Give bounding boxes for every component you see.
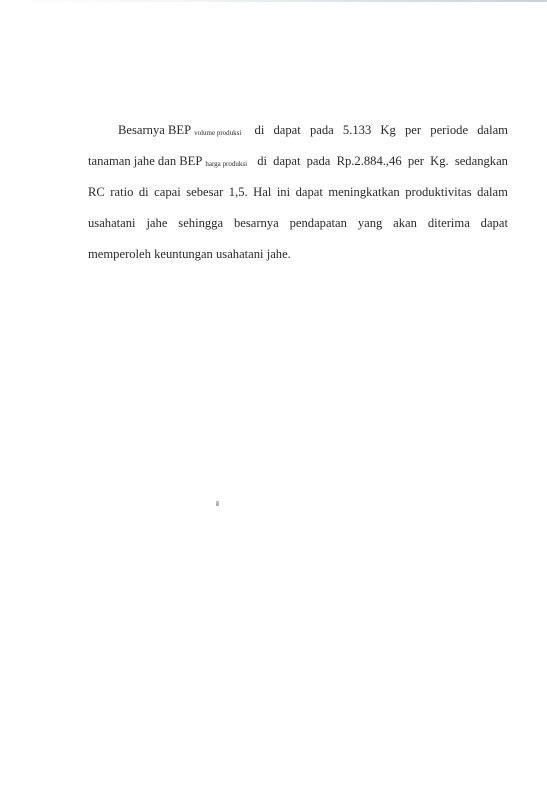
subscript-volume-produksi: volume produksi [194,129,241,137]
word: meningkatkan [328,177,399,208]
word: ini [277,177,290,208]
word: dapat [481,208,508,239]
word: di [257,146,267,177]
document-page: Besarnya BEPvolume produksi di dapat pad… [0,0,547,802]
word: akan [393,208,417,239]
word: 1,5. [229,177,248,208]
word: diterima [428,208,470,239]
scan-speck [216,501,219,506]
paragraph-line-3: RC ratio di capai sebesar 1,5. Hal ini d… [88,177,508,208]
word: dapat [273,146,300,177]
word: Rp.2.884.,46 [337,146,402,177]
word: pendapatan [290,208,347,239]
word: pada [307,146,331,177]
word: per [408,146,424,177]
word: dalam [477,177,508,208]
word: capai [154,177,181,208]
summary-paragraph: Besarnya BEPvolume produksi di dapat pad… [88,115,508,270]
line2-start: tanaman jahe dan BEPharga produksi [88,146,251,177]
word: produktivitas [405,177,471,208]
paragraph-line-2: tanaman jahe dan BEPharga produksi di da… [88,146,508,177]
word: RC [88,177,105,208]
word: Kg. [430,146,449,177]
word: dapat [296,177,323,208]
line1-start: Besarnya BEPvolume produksi [118,115,245,146]
subscript-harga-produksi: harga produksi [205,160,247,168]
word: besarnya [234,208,279,239]
word: 5.133 [343,115,371,146]
word: sebesar [186,177,223,208]
word: ratio [110,177,133,208]
word: pada [310,115,334,146]
word: sedangkan [455,146,508,177]
word: di [255,115,265,146]
word: dalam [477,115,508,146]
word: di [139,177,149,208]
word: Kg [380,115,395,146]
word: Hal [253,177,271,208]
word: per [405,115,421,146]
word: yang [358,208,382,239]
word: periode [430,115,468,146]
word: jahe [146,208,167,239]
paragraph-line-4: usahatani jahe sehingga besarnya pendapa… [88,208,508,239]
word: sehingga [178,208,223,239]
paragraph-line-5: memperoleh keuntungan usahatani jahe. [88,239,508,270]
paragraph-line-1: Besarnya BEPvolume produksi di dapat pad… [88,115,508,146]
word: dapat [274,115,301,146]
word: usahatani [88,208,136,239]
